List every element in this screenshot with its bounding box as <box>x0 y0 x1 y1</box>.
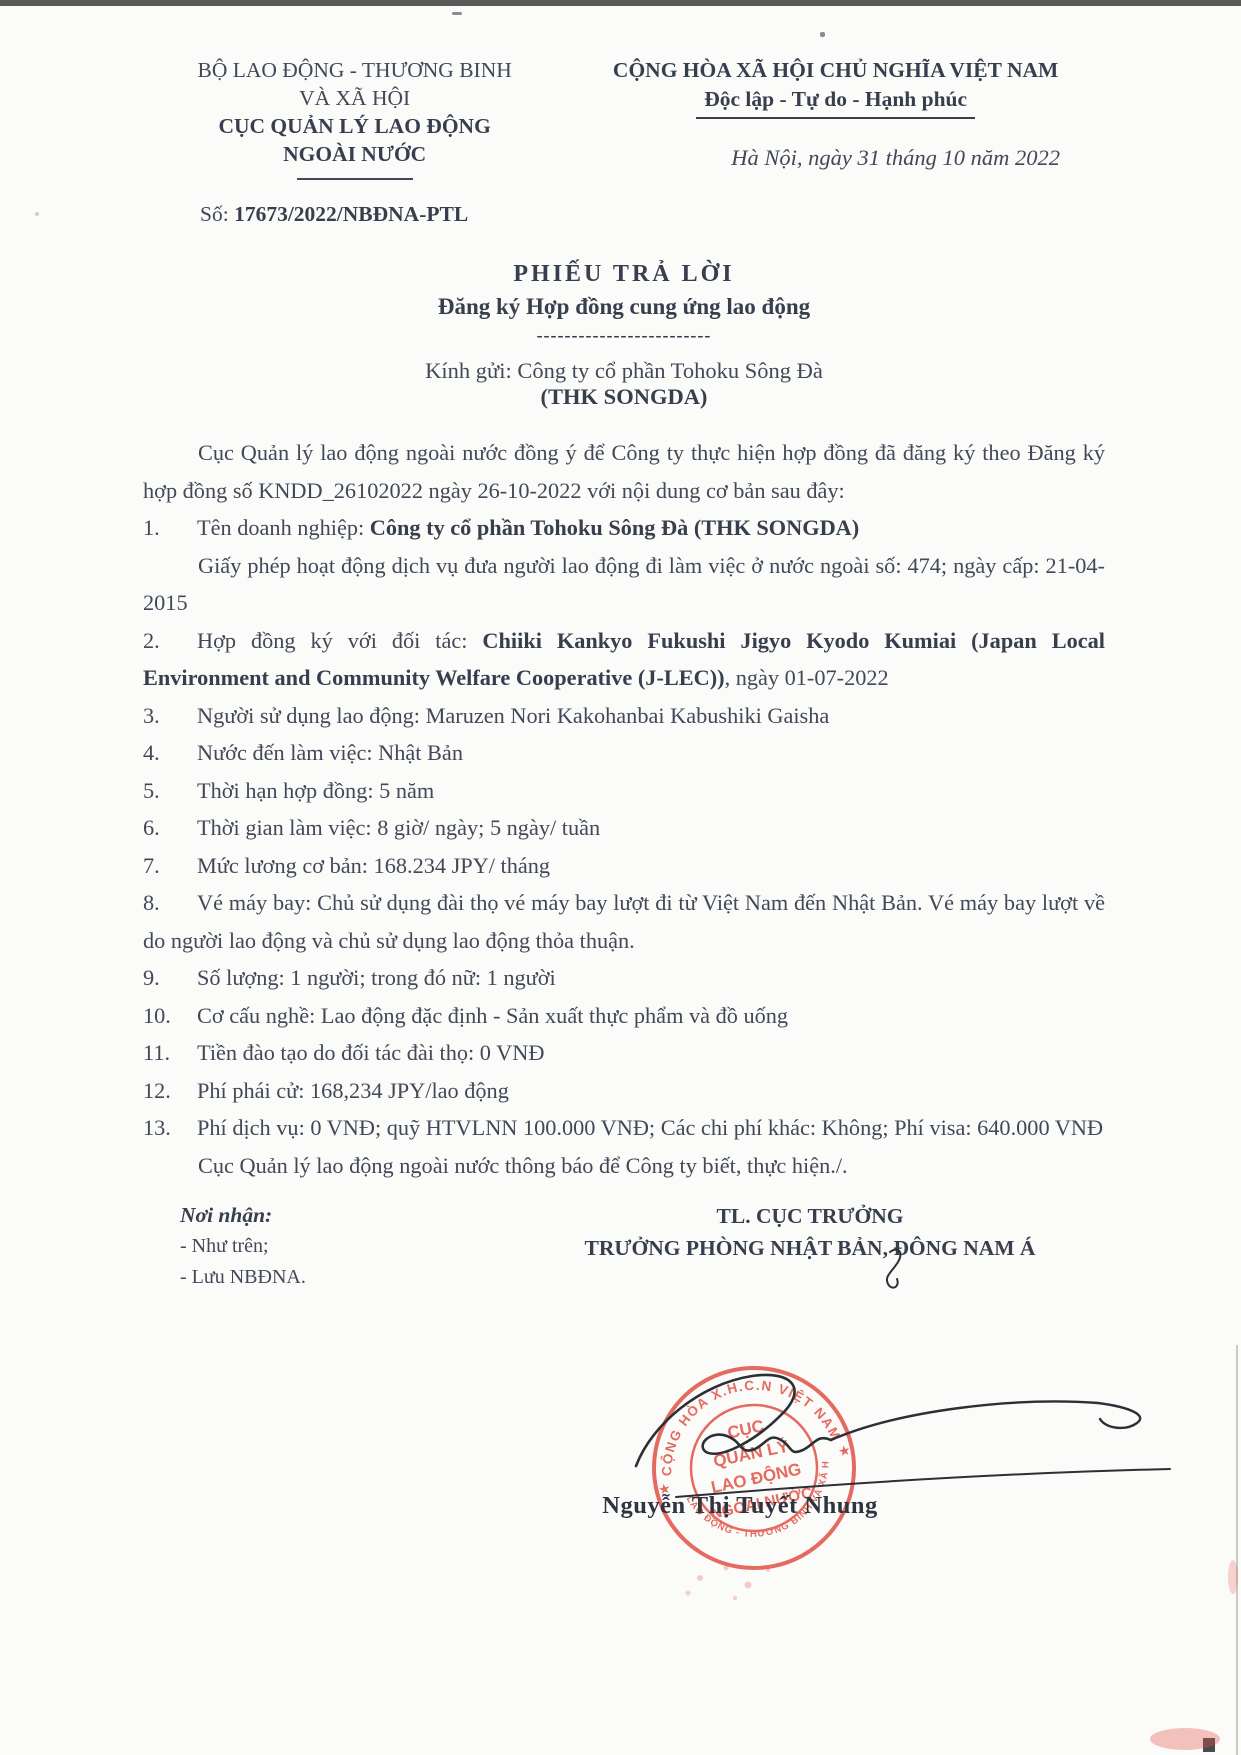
signer-name: Nguyễn Thị Tuyết Nhung <box>560 1492 920 1520</box>
title-block: PHIẾU TRẢ LỜI Đăng ký Hợp đồng cung ứng … <box>143 261 1105 410</box>
list-item: 4.Nước đến làm việc: Nhật Bản <box>143 734 1105 772</box>
header-underline <box>297 178 413 180</box>
list-item-number: 8. <box>143 884 197 922</box>
document-title: PHIẾU TRẢ LỜI <box>143 261 1105 288</box>
national-motto-block: CỘNG HÒA XÃ HỘI CHỦ NGHĨA VIỆT NAM Độc l… <box>566 56 1105 180</box>
recipients-line: - Như trên; <box>180 1231 515 1262</box>
recipients-title: Nơi nhận: <box>180 1200 515 1231</box>
stamp-graphic: CỘNG HÒA X.H.C.N VIỆT NAM BỘ LAO ĐỘNG - … <box>628 1342 879 1593</box>
issuing-agency-block: BỘ LAO ĐỘNG - THƯƠNG BINH VÀ XÃ HỘI CỤC … <box>143 56 566 180</box>
recipients-block: Nơi nhận: - Như trên;- Lưu NBĐNA. <box>143 1200 515 1293</box>
reference-number-line: Số: 17673/2022/NBĐNA-PTL <box>143 202 1105 227</box>
list-item: 12.Phí phái cử: 168,234 JPY/lao động <box>143 1072 1105 1110</box>
list-item-text: Công ty cổ phần Tohoku Sông Đà (THK SONG… <box>370 515 859 540</box>
recipient-line: Kính gửi: Công ty cổ phần Tohoku Sông Đà <box>143 358 1105 384</box>
country-title: CỘNG HÒA XÃ HỘI CHỦ NGHĨA VIỆT NAM <box>566 56 1105 85</box>
list-item-text: Cơ cấu nghề: Lao động đặc định - Sản xuấ… <box>197 1003 788 1028</box>
date-line: Hà Nội, ngày 31 tháng 10 năm 2022 <box>566 143 1105 172</box>
list-item-number: 9. <box>143 959 197 997</box>
list-item-text: Số lượng: 1 người; trong đó nữ: 1 người <box>197 965 556 990</box>
scan-edge-right <box>1236 1345 1238 1755</box>
signer-position-line1: TL. CỤC TRƯỞNG <box>515 1200 1105 1232</box>
list-item-text: Phí phái cử: 168,234 JPY/lao động <box>197 1078 509 1103</box>
national-motto: Độc lập - Tự do - Hạnh phúc <box>696 85 975 119</box>
stamp-star-right: ★ <box>838 1443 852 1459</box>
list-item: 1.Tên doanh nghiệp: Công ty cổ phần Toho… <box>143 509 1105 547</box>
list-item-text: Thời gian làm việc: 8 giờ/ ngày; 5 ngày/… <box>197 815 600 840</box>
signer-position-line2: TRƯỞNG PHÒNG NHẬT BẢN, ĐÔNG NAM Á <box>515 1232 1105 1264</box>
list-item-number: 2. <box>143 622 197 660</box>
recipients-lines: - Như trên;- Lưu NBĐNA. <box>180 1231 515 1293</box>
ink-smudge <box>1228 1560 1238 1594</box>
stamp-center-line1: CỤC <box>726 1416 766 1442</box>
signature-titles: TL. CỤC TRƯỞNG TRƯỞNG PHÒNG NHẬT BẢN, ĐÔ… <box>515 1200 1105 1293</box>
list-item: 2.Hợp đồng ký với đối tác: Chiiki Kankyo… <box>143 622 1105 697</box>
recipient-short-name: (THK SONGDA) <box>143 384 1105 410</box>
scan-speck <box>35 212 39 216</box>
ministry-name-line1: BỘ LAO ĐỘNG - THƯƠNG BINH <box>143 56 566 84</box>
list-item-number: 3. <box>143 697 197 735</box>
document-body: Cục Quản lý lao động ngoài nước đồng ý đ… <box>143 434 1105 1184</box>
list-item-text: Thời hạn hợp đồng: 5 năm <box>197 778 434 803</box>
list-item-number: 1. <box>143 509 197 547</box>
list-item: 5.Thời hạn hợp đồng: 5 năm <box>143 772 1105 810</box>
list-item: 13.Phí dịch vụ: 0 VNĐ; quỹ HTVLNN 100.00… <box>143 1109 1105 1147</box>
ink-speck <box>733 1596 737 1600</box>
list-item-text: , ngày 01-07-2022 <box>725 665 889 690</box>
list-item: 7.Mức lương cơ bản: 168.234 JPY/ tháng <box>143 847 1105 885</box>
list-item: 9.Số lượng: 1 người; trong đó nữ: 1 ngườ… <box>143 959 1105 997</box>
ink-speck <box>745 1582 752 1589</box>
signature-stroke <box>831 1402 1140 1440</box>
list-item-number: 7. <box>143 847 197 885</box>
list-item-number: 5. <box>143 772 197 810</box>
intro-paragraph: Cục Quản lý lao động ngoài nước đồng ý đ… <box>143 434 1105 509</box>
recipients-line: - Lưu NBĐNA. <box>180 1262 515 1293</box>
list-item-text: Nước đến làm việc: Nhật Bản <box>197 740 463 765</box>
official-stamp: CỘNG HÒA X.H.C.N VIỆT NAM BỘ LAO ĐỘNG - … <box>628 1342 879 1593</box>
list-item-number: 13. <box>143 1109 197 1147</box>
list-item-text: Người sử dụng lao động: Maruzen Nori Kak… <box>197 703 829 728</box>
list-item-number: 4. <box>143 734 197 772</box>
list-item: 6.Thời gian làm việc: 8 giờ/ ngày; 5 ngà… <box>143 809 1105 847</box>
items-list: 1.Tên doanh nghiệp: Công ty cổ phần Toho… <box>143 509 1105 1147</box>
list-item-text: Tiền đào tạo do đối tác đài thọ: 0 VNĐ <box>197 1040 544 1065</box>
document-header: BỘ LAO ĐỘNG - THƯƠNG BINH VÀ XÃ HỘI CỤC … <box>143 0 1105 180</box>
ministry-name-line2: VÀ XÃ HỘI <box>143 84 566 112</box>
list-item: 11.Tiền đào tạo do đối tác đài thọ: 0 VN… <box>143 1034 1105 1072</box>
list-item: 10.Cơ cấu nghề: Lao động đặc định - Sản … <box>143 997 1105 1035</box>
dashed-divider: ------------------------- <box>143 328 1105 342</box>
closing-paragraph: Cục Quản lý lao động ngoài nước thông bá… <box>143 1147 1105 1185</box>
document-footer: Nơi nhận: - Như trên;- Lưu NBĐNA. TL. CỤ… <box>143 1200 1105 1293</box>
document-page: BỘ LAO ĐỘNG - THƯƠNG BINH VÀ XÃ HỘI CỤC … <box>0 0 1241 1755</box>
ink-smudge <box>1150 1728 1220 1750</box>
list-item: 8.Vé máy bay: Chủ sử dụng đài thọ vé máy… <box>143 884 1105 959</box>
department-name-line1: CỤC QUẢN LÝ LAO ĐỘNG <box>143 112 566 140</box>
document-subtitle: Đăng ký Hợp đồng cung ứng lao động <box>143 294 1105 320</box>
ink-speck <box>686 1591 691 1596</box>
list-item-text: Hợp đồng ký với đối tác: <box>197 628 482 653</box>
list-item-number: 10. <box>143 997 197 1035</box>
list-item-text: Phí dịch vụ: 0 VNĐ; quỹ HTVLNN 100.000 V… <box>197 1115 1103 1140</box>
department-name-line2: NGOÀI NƯỚC <box>143 140 566 168</box>
list-item-text: Mức lương cơ bản: 168.234 JPY/ tháng <box>197 853 550 878</box>
reference-value: 17673/2022/NBĐNA-PTL <box>234 202 468 226</box>
list-item-text: Tên doanh nghiệp: <box>197 515 370 540</box>
recipient-label: Kính gửi: <box>425 358 512 383</box>
list-item-number: 12. <box>143 1072 197 1110</box>
reference-label: Số: <box>200 202 229 226</box>
list-item-text: Vé máy bay: Chủ sử dụng đài thọ vé máy b… <box>143 890 1105 953</box>
recipient-name: Công ty cổ phần Tohoku Sông Đà <box>517 358 823 383</box>
list-item-extra: Giấy phép hoạt động dịch vụ đưa người la… <box>143 547 1105 622</box>
list-item-number: 11. <box>143 1034 197 1072</box>
list-item: 3.Người sử dụng lao động: Maruzen Nori K… <box>143 697 1105 735</box>
list-item-number: 6. <box>143 809 197 847</box>
